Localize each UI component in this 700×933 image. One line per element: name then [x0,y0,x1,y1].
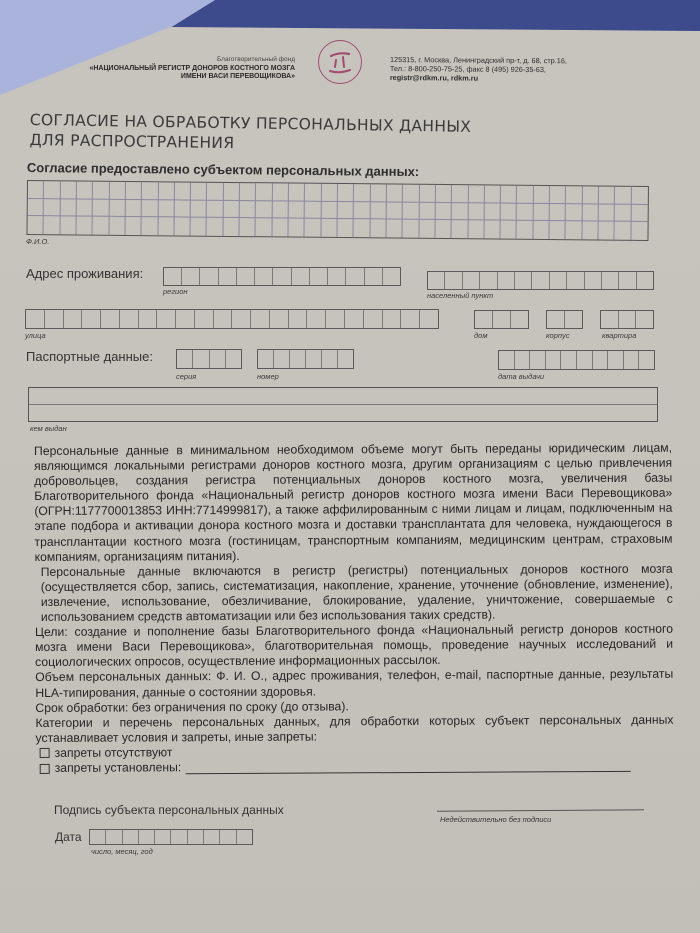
fio-cell[interactable] [142,182,158,200]
char-cell[interactable] [204,830,220,844]
fio-cell[interactable] [93,182,109,200]
contact-info: 125315, г. Москва, Ленинградский пр-т, д… [390,55,567,83]
fio-cell[interactable] [109,182,125,200]
fio-cell[interactable] [289,219,305,237]
passport-number-input[interactable] [257,349,354,369]
fio-cell[interactable] [517,203,533,221]
char-cell[interactable] [64,310,83,328]
fio-cell[interactable] [60,181,76,199]
char-cell[interactable] [515,272,532,289]
fio-cell[interactable] [370,184,386,202]
char-cell[interactable] [619,272,636,289]
fio-cell[interactable] [28,181,44,199]
fio-cell[interactable] [403,185,419,203]
fio-cell[interactable] [419,220,435,238]
fio-cell[interactable] [387,184,403,202]
restrictions-input[interactable] [185,759,630,773]
fio-cell[interactable] [370,220,386,238]
char-cell[interactable] [258,350,274,368]
char-cell[interactable] [463,272,480,289]
document-title: СОГЛАСИЕ НА ОБРАБОТКУ ПЕРСОНАЛЬНЫХ ДАННЫ… [29,110,471,157]
settlement-caption: населенный пункт [427,291,493,300]
fio-cell[interactable] [534,186,550,204]
fio-cell[interactable] [289,201,305,219]
fio-cell[interactable] [109,217,125,235]
fio-cell[interactable] [419,202,435,220]
fio-cell[interactable] [485,185,501,203]
fio-cell[interactable] [452,203,468,221]
char-cell[interactable] [226,350,241,368]
fio-cell[interactable] [256,183,272,201]
fio-cell[interactable] [419,185,435,203]
issued-by-input[interactable] [28,387,658,422]
char-cell[interactable] [346,268,364,285]
region-caption: регион [163,287,188,296]
fio-cell[interactable] [615,204,631,222]
fio-cell[interactable] [272,201,288,219]
fio-cell[interactable] [615,187,631,205]
fio-cell[interactable] [452,220,468,238]
fio-cell[interactable] [403,202,419,220]
char-cell[interactable] [195,310,214,328]
char-cell[interactable] [188,830,204,844]
fio-cell[interactable] [191,218,207,236]
char-cell[interactable] [270,310,289,328]
char-cell[interactable] [322,350,338,368]
char-cell[interactable] [475,311,493,328]
char-cell[interactable] [290,350,306,368]
consent-body: Персональные данные в минимальном необхо… [34,441,674,776]
char-cell[interactable] [106,830,122,844]
char-cell[interactable] [561,351,577,369]
char-cell[interactable] [637,272,653,289]
char-cell[interactable] [101,310,120,328]
fio-cell[interactable] [240,201,256,219]
char-cell[interactable] [251,310,270,328]
char-cell[interactable] [214,310,233,328]
paragraph-scope: Объем персональных данных: Ф. И. О., адр… [35,667,673,701]
char-cell[interactable] [338,350,353,368]
fio-cell[interactable] [321,184,337,202]
fio-cell[interactable] [109,199,125,217]
fio-cell[interactable] [566,204,582,222]
registry-logo-icon [318,40,362,84]
org-name-line2: ИМЕНИ ВАСИ ПЕРЕВОЩИКОВА» [89,73,295,82]
char-cell[interactable] [383,310,402,328]
fio-cell[interactable] [631,222,647,240]
fio-cell[interactable] [76,217,92,235]
char-cell[interactable] [120,310,139,328]
char-cell[interactable] [511,311,528,328]
building-caption: корпус [546,331,570,340]
fio-cell[interactable] [566,186,582,204]
fio-cell[interactable] [223,201,239,219]
passport-label: Паспортные данные: [26,349,153,364]
fio-cell[interactable] [338,184,354,202]
char-cell[interactable] [232,310,251,328]
no-restrictions-checkbox[interactable] [40,748,50,758]
char-cell[interactable] [26,310,45,328]
char-cell[interactable] [498,272,515,289]
char-cell[interactable] [306,350,322,368]
char-cell[interactable] [139,310,158,328]
fio-cell[interactable] [273,183,289,201]
fio-cell[interactable] [468,203,484,221]
char-cell[interactable] [624,351,640,369]
org-name-line1: «НАЦИОНАЛЬНЫЙ РЕГИСТР ДОНОРОВ КОСТНОГО М… [89,65,295,74]
char-cell[interactable] [365,268,383,285]
char-cell[interactable] [255,268,273,285]
fio-cell[interactable] [599,222,615,240]
fio-cell[interactable] [582,222,598,240]
char-cell[interactable] [328,268,346,285]
char-cell[interactable] [401,310,420,328]
passport-series-caption: серия [176,372,196,381]
fio-cell[interactable] [126,200,142,218]
char-cell[interactable] [602,272,619,289]
fio-cell[interactable] [615,222,631,240]
fio-cell[interactable] [305,184,321,202]
house-input[interactable] [474,310,529,329]
char-cell[interactable] [345,310,364,328]
fio-cell[interactable] [517,221,533,239]
fio-cell[interactable] [27,216,43,234]
char-cell[interactable] [310,268,328,285]
no-restrictions-label: запреты отсутствуют [55,745,173,761]
fio-cell[interactable] [338,202,354,220]
fio-cell[interactable] [583,186,599,204]
region-input[interactable] [163,267,401,286]
fio-cell[interactable] [566,222,582,240]
fio-cell[interactable] [582,204,598,222]
char-cell[interactable] [82,310,101,328]
char-cell[interactable] [550,272,567,289]
fio-input-grid[interactable] [26,180,648,241]
fio-cell[interactable] [436,203,452,221]
fio-cell[interactable] [142,217,158,235]
fio-cell[interactable] [44,199,60,217]
issue-date-caption: дата выдачи [498,372,544,381]
fio-cell[interactable] [550,204,566,222]
fio-cell[interactable] [354,184,370,202]
fio-cell[interactable] [126,182,142,200]
char-cell[interactable] [515,351,531,369]
fio-cell[interactable] [60,199,76,217]
fio-cell[interactable] [158,218,174,236]
paragraph-purposes: Цели: создание и пополнение базы Благотв… [35,622,673,671]
char-cell[interactable] [274,350,290,368]
fio-cell[interactable] [435,220,451,238]
date-caption: число, месяц, год [91,847,153,856]
char-cell[interactable] [176,310,195,328]
char-cell[interactable] [237,268,255,285]
fio-cell[interactable] [272,219,288,237]
char-cell[interactable] [171,830,187,844]
fio-cell[interactable] [468,221,484,239]
fio-cell[interactable] [354,219,370,237]
fio-cell[interactable] [207,200,223,218]
char-cell[interactable] [157,310,176,328]
fio-cell[interactable] [142,200,158,218]
char-cell[interactable] [532,272,549,289]
char-cell[interactable] [493,311,511,328]
passport-issue-date-input[interactable] [498,350,655,370]
fio-cell[interactable] [533,204,549,222]
apartment-caption: квартира [602,331,636,340]
char-cell[interactable] [383,268,400,285]
fio-cell[interactable] [77,199,93,217]
char-cell[interactable] [547,311,565,328]
fio-cell[interactable] [77,181,93,199]
fio-cell[interactable] [550,221,566,239]
signature-label: Подпись субъекта персональных данных [54,803,284,817]
fio-cell[interactable] [207,218,223,236]
fio-cell[interactable] [337,219,353,237]
char-cell[interactable] [577,351,593,369]
char-cell[interactable] [90,830,106,844]
apartment-input[interactable] [600,310,654,329]
char-cell[interactable] [585,272,602,289]
fio-cell[interactable] [501,186,517,204]
fio-caption: Ф.И.О. [26,237,49,246]
char-cell[interactable] [565,311,582,328]
fio-cell[interactable] [321,201,337,219]
fio-cell[interactable] [484,203,500,221]
char-cell[interactable] [608,351,624,369]
fio-cell[interactable] [174,200,190,218]
fio-cell[interactable] [403,220,419,238]
char-cell[interactable] [289,310,308,328]
fio-cell[interactable] [305,219,321,237]
char-cell[interactable] [567,272,584,289]
paragraph-recipients: Персональные данные в минимальном необхо… [34,441,673,565]
fio-cell[interactable] [256,201,272,219]
restrictions-set-checkbox[interactable] [40,763,50,773]
char-cell[interactable] [177,350,193,368]
fio-cell[interactable] [158,200,174,218]
fio-cell[interactable] [631,204,647,222]
char-cell[interactable] [480,272,497,289]
char-cell[interactable] [219,268,237,285]
fio-cell[interactable] [191,183,207,201]
email-link[interactable]: registr@rdkm.ru, rdkm.ru [390,73,567,83]
fio-cell[interactable] [289,184,305,202]
char-cell[interactable] [593,351,609,369]
fio-cell[interactable] [599,204,615,222]
fio-cell[interactable] [387,202,403,220]
fio-cell[interactable] [631,187,647,205]
fio-cell[interactable] [452,185,468,203]
fio-cell[interactable] [240,183,256,201]
restrictions-set-label: запреты установлены: [55,760,182,776]
char-cell[interactable] [200,268,218,285]
fio-cell[interactable] [175,182,191,200]
char-cell[interactable] [619,311,637,328]
fio-cell[interactable] [44,181,60,199]
char-cell[interactable] [445,272,462,289]
fio-cell[interactable] [533,221,549,239]
org-type: Благотворительный фонд [89,56,295,65]
fio-cell[interactable] [468,185,484,203]
paragraph-processing: Персональные данные включаются в регистр… [35,561,673,625]
char-cell[interactable] [237,830,252,844]
fio-cell[interactable] [256,219,272,237]
fio-cell[interactable] [550,186,566,204]
char-cell[interactable] [364,310,383,328]
char-cell[interactable] [164,268,182,285]
signature-date-input[interactable] [89,829,253,845]
street-caption: улица [25,331,46,340]
issued-by-caption: кем выдан [30,424,67,433]
char-cell[interactable] [220,830,236,844]
house-caption: дом [474,331,487,340]
fio-cell[interactable] [223,218,239,236]
street-input[interactable] [25,309,439,329]
char-cell[interactable] [182,268,200,285]
char-cell[interactable] [193,350,209,368]
fio-cell[interactable] [484,221,500,239]
fio-cell[interactable] [60,217,76,235]
building-input[interactable] [546,310,583,329]
passport-number-caption: номер [257,372,279,381]
fio-cell[interactable] [207,183,223,201]
char-cell[interactable] [601,311,619,328]
char-cell[interactable] [307,310,326,328]
char-cell[interactable] [428,272,445,289]
fio-cell[interactable] [174,218,190,236]
fio-cell[interactable] [321,219,337,237]
char-cell[interactable] [292,268,310,285]
char-cell[interactable] [155,830,171,844]
fio-cell[interactable] [599,186,615,204]
fio-cell[interactable] [125,217,141,235]
fio-cell[interactable] [501,221,517,239]
fio-cell[interactable] [240,218,256,236]
passport-series-input[interactable] [176,349,242,369]
fio-cell[interactable] [44,216,60,234]
char-cell[interactable] [499,351,515,369]
char-cell[interactable] [530,351,546,369]
char-cell[interactable] [123,830,139,844]
char-cell[interactable] [546,351,562,369]
signature-caption: Недействительно без подписи [440,815,551,824]
fio-cell[interactable] [158,182,174,200]
fio-cell[interactable] [93,199,109,217]
char-cell[interactable] [420,310,438,328]
address-label: Адрес проживания: [26,266,143,281]
char-cell[interactable] [210,350,226,368]
fio-cell[interactable] [370,202,386,220]
char-cell[interactable] [139,830,155,844]
fio-cell[interactable] [354,202,370,220]
fio-cell[interactable] [386,220,402,238]
date-label: Дата [55,830,82,844]
char-cell[interactable] [639,351,654,369]
fio-cell[interactable] [191,200,207,218]
fio-cell[interactable] [224,183,240,201]
fio-cell[interactable] [93,217,109,235]
settlement-input[interactable] [427,271,654,290]
organization-name: Благотворительный фонд «НАЦИОНАЛЬНЫЙ РЕГ… [89,56,295,82]
fio-cell[interactable] [501,203,517,221]
fio-cell[interactable] [28,199,44,217]
fio-cell[interactable] [436,185,452,203]
char-cell[interactable] [326,310,345,328]
paragraph-categories: Категории и перечень персональных данных… [35,712,673,746]
char-cell[interactable] [636,311,653,328]
char-cell[interactable] [273,268,291,285]
fio-cell[interactable] [517,186,533,204]
char-cell[interactable] [45,310,64,328]
fio-cell[interactable] [305,201,321,219]
